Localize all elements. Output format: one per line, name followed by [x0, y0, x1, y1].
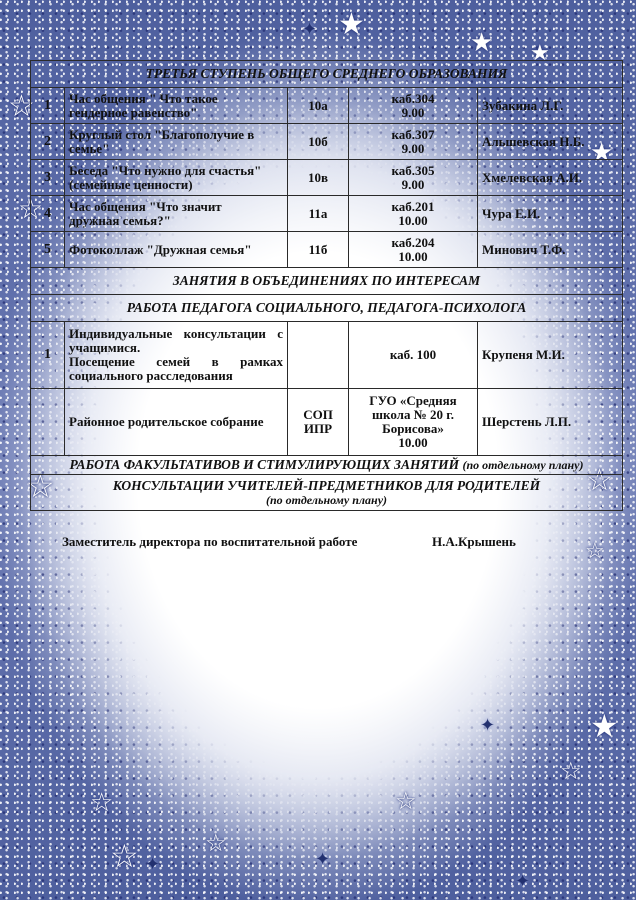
event-cell: Беседа "Что нужно для счастья"(семейные … [65, 160, 288, 196]
section-note: (по отдельному плану) [462, 458, 583, 472]
section-header-row: КОНСУЛЬТАЦИИ УЧИТЕЛЕЙ-ПРЕДМЕТНИКОВ ДЛЯ Р… [31, 475, 623, 511]
venue-text: школа № 20 г. [353, 408, 473, 422]
signatory-role: Заместитель директора по воспитательной … [62, 534, 357, 549]
event-cell: Фотоколлаж "Дружная семья" [65, 232, 288, 268]
event-text: (семейные ценности) [69, 178, 283, 192]
events-schedule-table: ТРЕТЬЯ СТУПЕНЬ ОБЩЕГО СРЕДНЕГО ОБРАЗОВАН… [30, 60, 623, 511]
room-text: каб.304 [353, 92, 473, 106]
class-cell: 11б [288, 232, 349, 268]
class-cell: 11а [288, 196, 349, 232]
section-third-stage: ТРЕТЬЯ СТУПЕНЬ ОБЩЕГО СРЕДНЕГО ОБРАЗОВАН… [31, 61, 623, 88]
section-header-row: ЗАНЯТИЯ В ОБЪЕДИНЕНИЯХ ПО ИНТЕРЕСАМ [31, 268, 623, 295]
responsible-cell: Шерстень Л.П. [478, 389, 623, 456]
table-row: 5 Фотоколлаж "Дружная семья" 11б каб.204… [31, 232, 623, 268]
star-icon: ★ [590, 710, 619, 742]
time-text: 9.00 [353, 106, 473, 120]
venue-cell: ГУО «Средняяшкола № 20 г.Борисова»10.00 [349, 389, 478, 456]
table-row: 1 Индивидуальные консультации с учащимис… [31, 322, 623, 389]
event-text: Час общения "Что значит [69, 200, 283, 214]
signatory-name: Н.А.Крышень [432, 534, 516, 550]
star-icon: ★ [470, 30, 493, 56]
row-number [31, 389, 65, 456]
event-cell: Индивидуальные консультации с учащимися.… [65, 322, 288, 389]
section-header-row: РАБОТА ПЕДАГОГА СОЦИАЛЬНОГО, ПЕДАГОГА-ПС… [31, 295, 623, 322]
table-row: Районное родительское собрание СОПИПР ГУ… [31, 389, 623, 456]
event-text: Посещение семей в рамках социального рас… [69, 355, 283, 383]
section-title: КОНСУЛЬТАЦИИ УЧИТЕЛЕЙ-ПРЕДМЕТНИКОВ ДЛЯ Р… [35, 479, 618, 493]
class-cell: 10б [288, 124, 349, 160]
event-text: Индивидуальные консультации с учащимися. [69, 327, 283, 355]
event-cell: Час общения "Что значитдружная семья?" [65, 196, 288, 232]
section-header-row: ТРЕТЬЯ СТУПЕНЬ ОБЩЕГО СРЕДНЕГО ОБРАЗОВАН… [31, 61, 623, 88]
sparkle-icon: ✦ [515, 872, 530, 890]
star-icon: ☆ [560, 760, 582, 784]
sparkle-icon: ✦ [302, 20, 317, 38]
event-cell: Районное родительское собрание [65, 389, 288, 456]
event-text: дружная семья?" [69, 214, 283, 228]
section-header-row: РАБОТА ФАКУЛЬТАТИВОВ И СТИМУЛИРУЮЩИХ ЗАН… [31, 456, 623, 475]
row-number: 4 [31, 196, 65, 232]
table-row: 2 Круглый стол "Благополучие всемье" 10б… [31, 124, 623, 160]
responsible-cell: Зубакина Л.Г. [478, 88, 623, 124]
class-cell: 10в [288, 160, 349, 196]
sparkle-icon: ✦ [480, 716, 495, 734]
time-text: 10.00 [353, 250, 473, 264]
row-number: 1 [31, 322, 65, 389]
star-icon: ☆ [110, 840, 139, 872]
section-social-psychologist: РАБОТА ПЕДАГОГА СОЦИАЛЬНОГО, ПЕДАГОГА-ПС… [31, 295, 623, 322]
room-time-cell: каб.20410.00 [349, 232, 478, 268]
class-text: СОП [292, 408, 344, 422]
room-time-cell: каб.3059.00 [349, 160, 478, 196]
responsible-cell: Альшевская Н.Б. [478, 124, 623, 160]
star-icon: ☆ [585, 540, 605, 562]
time-text: 9.00 [353, 142, 473, 156]
room-time-cell: каб.3079.00 [349, 124, 478, 160]
section-interest-groups: ЗАНЯТИЯ В ОБЪЕДИНЕНИЯХ ПО ИНТЕРЕСАМ [31, 268, 623, 295]
responsible-cell: Чура Е.И. [478, 196, 623, 232]
room-text: каб.305 [353, 164, 473, 178]
star-icon: ☆ [90, 790, 113, 816]
star-icon: ☆ [205, 832, 227, 856]
event-text: Час общения " Что такое [69, 92, 283, 106]
room-time-cell: каб.20110.00 [349, 196, 478, 232]
room-text: каб.201 [353, 200, 473, 214]
row-number: 1 [31, 88, 65, 124]
event-text: гендерное равенство" [69, 106, 283, 120]
section-note: (по отдельному плану) [35, 493, 618, 507]
star-icon: ☆ [395, 790, 417, 814]
time-text: 10.00 [353, 436, 473, 450]
row-number: 5 [31, 232, 65, 268]
star-icon: ★ [338, 10, 365, 40]
class-cell: 10а [288, 88, 349, 124]
responsible-cell: Минович Т.Ф. [478, 232, 623, 268]
event-text: Беседа "Что нужно для счастья" [69, 164, 283, 178]
class-cell: СОПИПР [288, 389, 349, 456]
room-time-cell: каб.3049.00 [349, 88, 478, 124]
class-cell [288, 322, 349, 389]
table-row: 1 Час общения " Что такоегендерное равен… [31, 88, 623, 124]
sparkle-icon: ✦ [315, 850, 330, 868]
responsible-cell: Крупеня М.И. [478, 322, 623, 389]
venue-text: Борисова» [353, 422, 473, 436]
section-teacher-consultations: КОНСУЛЬТАЦИИ УЧИТЕЛЕЙ-ПРЕДМЕТНИКОВ ДЛЯ Р… [31, 475, 623, 511]
class-text: ИПР [292, 422, 344, 436]
signature-block: Заместитель директора по воспитательной … [62, 534, 357, 550]
room-text: каб.307 [353, 128, 473, 142]
event-cell: Круглый стол "Благополучие всемье" [65, 124, 288, 160]
event-cell: Час общения " Что такоегендерное равенст… [65, 88, 288, 124]
room-text: каб.204 [353, 236, 473, 250]
row-number: 2 [31, 124, 65, 160]
row-number: 3 [31, 160, 65, 196]
table-row: 4 Час общения "Что значитдружная семья?"… [31, 196, 623, 232]
section-electives: РАБОТА ФАКУЛЬТАТИВОВ И СТИМУЛИРУЮЩИХ ЗАН… [31, 456, 623, 475]
time-text: 9.00 [353, 178, 473, 192]
sparkle-icon: ✦ [145, 855, 160, 873]
responsible-cell: Хмелевская А.И. [478, 160, 623, 196]
table-row: 3 Беседа "Что нужно для счастья"(семейны… [31, 160, 623, 196]
section-title: РАБОТА ФАКУЛЬТАТИВОВ И СТИМУЛИРУЮЩИХ ЗАН… [70, 457, 460, 472]
time-text: 10.00 [353, 214, 473, 228]
event-text: семье" [69, 142, 283, 156]
event-text: Круглый стол "Благополучие в [69, 128, 283, 142]
venue-text: ГУО «Средняя [353, 394, 473, 408]
room-cell: каб. 100 [349, 322, 478, 389]
